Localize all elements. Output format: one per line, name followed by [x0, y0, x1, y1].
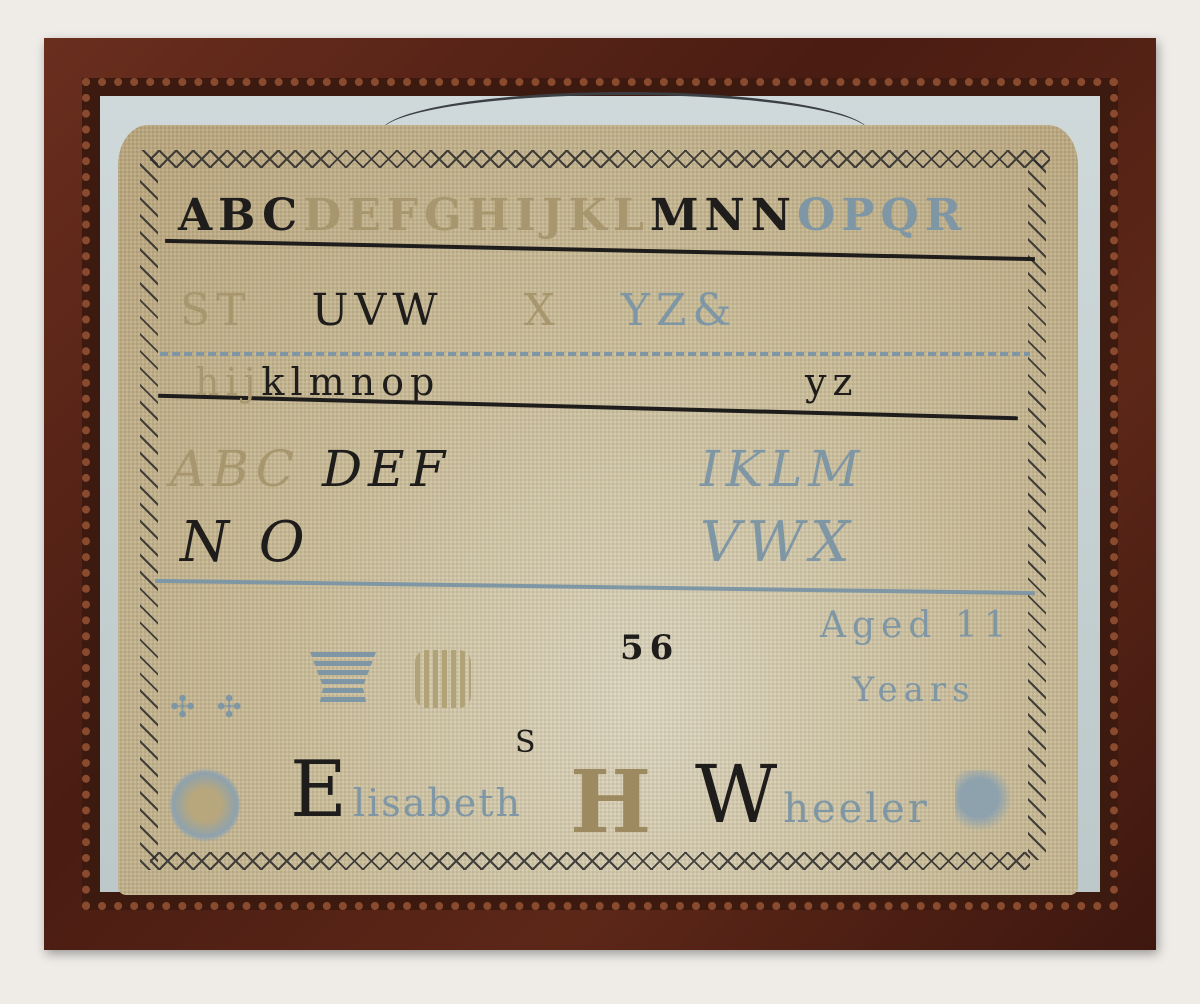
- letters-dark: DEF: [322, 440, 451, 498]
- letters-dark: ABC: [178, 190, 303, 241]
- stitched-number: 56: [620, 628, 679, 668]
- alphabet-row-5: N O VWX: [180, 510, 311, 575]
- bottom-border-stitching: [150, 852, 1030, 870]
- letters-dark: klmnop: [261, 360, 440, 404]
- letters-blue: VWX: [700, 510, 856, 575]
- letters-dark: N O: [180, 510, 311, 575]
- alphabet-row-2: ST UVW X YZ&: [180, 285, 738, 336]
- letters-dark-mid: MNN: [650, 190, 797, 241]
- age-text: Aged 11: [820, 605, 1013, 646]
- letters-blue: IKLM: [700, 440, 866, 498]
- flower-motif-left: [170, 765, 240, 845]
- name-line: Elisabeth: [290, 745, 522, 835]
- letters-blue: YZ&: [621, 285, 738, 336]
- name-middle-initial: H: [570, 752, 657, 853]
- faded-motif: [415, 650, 471, 708]
- letters-dark-end: yz: [805, 360, 859, 404]
- small-cross-motifs: ✣ ✣: [170, 690, 248, 725]
- name-first-initial: E: [290, 745, 353, 835]
- left-border-stitching: [140, 150, 158, 870]
- letters-faded: ABC: [170, 440, 300, 498]
- letters-faded: hij: [195, 360, 261, 404]
- alphabet-row-1: ABCDEFGHIJKLMNNOPQR: [178, 190, 967, 241]
- letters-faded: ST: [180, 285, 252, 336]
- divider-line-2: [160, 352, 1030, 356]
- alphabet-row-3: hijklmnop yz: [195, 360, 440, 404]
- letters-faded: DEFGHIJKL: [303, 190, 650, 241]
- top-border-stitching: [150, 150, 1050, 168]
- bird-motif-right: [955, 770, 1015, 840]
- letters-dark: UVW: [311, 285, 443, 336]
- name-last-line: Wheeler: [695, 748, 930, 841]
- right-border-stitching: [1028, 160, 1046, 860]
- name-last-initial: W: [695, 748, 783, 841]
- letters-faded-mid: X: [524, 285, 561, 336]
- alphabet-row-4: ABC DEF IKLM: [170, 440, 451, 498]
- name-first: lisabeth: [353, 781, 522, 825]
- letters-blue-end: OPQR: [797, 190, 967, 241]
- name-last: heeler: [783, 786, 930, 832]
- years-text: Years: [852, 670, 976, 710]
